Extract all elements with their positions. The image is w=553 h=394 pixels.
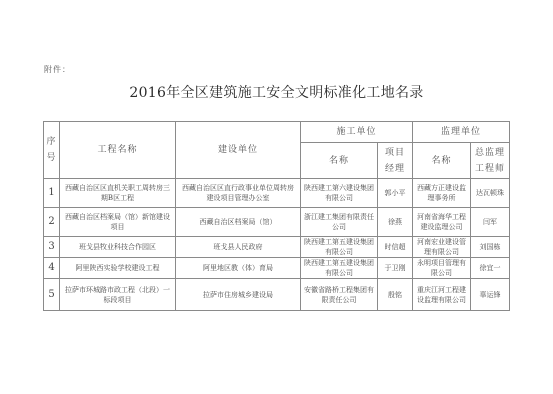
cell-project-name-text: 拉萨市环城路市政工程（北段）一标段项目 bbox=[60, 285, 175, 305]
cell-owner-text: 班戈县人民政府 bbox=[211, 242, 266, 252]
cell-project-name: 班戈县牧业科技合作园区 bbox=[60, 237, 176, 258]
header-contractor-name: 名称 bbox=[301, 143, 378, 179]
cell-owner: 阿里地区教（体）育局 bbox=[176, 258, 301, 279]
cell-supervisor-text: 西藏方正建设监理事务所 bbox=[413, 183, 470, 203]
cell-contractor-text: 陕西建工第五建设集团有限公司 bbox=[301, 237, 377, 257]
cell-seq: 4 bbox=[44, 258, 60, 279]
header-seq-line2: 号 bbox=[44, 150, 59, 166]
table-row: 4 阿里陕西实验学校建设工程 阿里地区教（体）育局 陕西建工第五建设集团有限公司… bbox=[44, 258, 510, 279]
cell-project-name: 西藏自治区区直机关职工周转房三期B区工程 bbox=[60, 179, 176, 208]
cell-chief-engineer: 刘国栋 bbox=[471, 237, 510, 258]
cell-seq: 3 bbox=[44, 237, 60, 258]
header-project-name: 工程名称 bbox=[60, 122, 176, 179]
cell-contractor-text: 陕西建工第六建设集团有限公司 bbox=[301, 183, 377, 203]
cell-owner-text: 西藏自治区区直行政事业单位周转房建设项目管理办公室 bbox=[176, 183, 300, 203]
cell-contractor: 陕西建工第五建设集团有限公司 bbox=[301, 258, 378, 279]
site-list-table: 序 号 工程名称 建设单位 施工单位 监理单位 名称 项目 经理 名称 总监理 … bbox=[43, 121, 510, 311]
cell-supervisor-text: 永明项目管理有限公司 bbox=[413, 258, 470, 278]
cell-seq: 2 bbox=[44, 208, 60, 237]
cell-owner-text: 拉萨市住房城乡建设局 bbox=[200, 290, 276, 300]
cell-contractor-text: 安徽省路桥工程集团有限责任公司 bbox=[301, 285, 377, 305]
cell-project-name: 阿里陕西实验学校建设工程 bbox=[60, 258, 176, 279]
cell-project-name: 拉萨市环城路市政工程（北段）一标段项目 bbox=[60, 279, 176, 311]
table-row: 5 拉萨市环城路市政工程（北段）一标段项目 拉萨市住房城乡建设局 安徽省路桥工程… bbox=[44, 279, 510, 311]
header-ce-line2: 工程师 bbox=[471, 161, 509, 177]
cell-owner: 西藏自治区区直行政事业单位周转房建设项目管理办公室 bbox=[176, 179, 301, 208]
header-chief-engineer: 总监理 工程师 bbox=[471, 143, 510, 179]
cell-contractor-text: 陕西建工第五建设集团有限公司 bbox=[301, 258, 377, 278]
header-seq: 序 号 bbox=[44, 122, 60, 179]
header-seq-line1: 序 bbox=[44, 134, 59, 150]
cell-supervisor: 永明项目管理有限公司 bbox=[413, 258, 471, 279]
cell-project-name-text: 西藏自治区区直机关职工周转房三期B区工程 bbox=[60, 183, 175, 203]
cell-chief-engineer: 闫军 bbox=[471, 208, 510, 237]
cell-manager: 徐燕 bbox=[378, 208, 413, 237]
cell-supervisor: 河南宏业建设管理有限公司 bbox=[413, 237, 471, 258]
table-row: 1 西藏自治区区直机关职工周转房三期B区工程 西藏自治区区直行政事业单位周转房建… bbox=[44, 179, 510, 208]
cell-contractor: 陕西建工第六建设集团有限公司 bbox=[301, 179, 378, 208]
cell-supervisor-text: 河南省海华工程建设监理公司 bbox=[413, 212, 470, 232]
cell-manager: 于卫刚 bbox=[378, 258, 413, 279]
cell-owner: 班戈县人民政府 bbox=[176, 237, 301, 258]
cell-supervisor-text: 重庆江河工程建设监理有限公司 bbox=[413, 285, 470, 305]
header-pm-line1: 项目 bbox=[378, 145, 412, 161]
header-supervisor-name: 名称 bbox=[413, 143, 471, 179]
document-title-text: 2016年全区建筑施工安全文明标准化工地名录 bbox=[129, 82, 423, 102]
cell-contractor: 浙江建工集团有限责任公司 bbox=[301, 208, 378, 237]
table-row: 2 西藏自治区档案局（馆）新馆建设项目 西藏自治区档案局（馆） 浙江建工集团有限… bbox=[44, 208, 510, 237]
cell-project-name: 西藏自治区档案局（馆）新馆建设项目 bbox=[60, 208, 176, 237]
header-project-manager: 项目 经理 bbox=[378, 143, 413, 179]
cell-contractor: 陕西建工第五建设集团有限公司 bbox=[301, 237, 378, 258]
cell-chief-engineer: 徐宜一 bbox=[471, 258, 510, 279]
header-contractor-group: 施工单位 bbox=[301, 122, 413, 143]
header-supervisor-group: 监理单位 bbox=[413, 122, 510, 143]
cell-supervisor: 河南省海华工程建设监理公司 bbox=[413, 208, 471, 237]
table-row: 3 班戈县牧业科技合作园区 班戈县人民政府 陕西建工第五建设集团有限公司 时信超… bbox=[44, 237, 510, 258]
cell-seq: 1 bbox=[44, 179, 60, 208]
cell-seq: 5 bbox=[44, 279, 60, 311]
header-owner: 建设单位 bbox=[176, 122, 301, 179]
cell-supervisor-text: 河南宏业建设管理有限公司 bbox=[413, 237, 470, 257]
attachment-label: 附件： bbox=[44, 64, 71, 75]
header-ce-line1: 总监理 bbox=[471, 145, 509, 161]
cell-owner-text: 西藏自治区档案局（馆） bbox=[197, 217, 280, 227]
cell-supervisor: 重庆江河工程建设监理有限公司 bbox=[413, 279, 471, 311]
cell-supervisor: 西藏方正建设监理事务所 bbox=[413, 179, 471, 208]
cell-owner-text: 阿里地区教（体）育局 bbox=[200, 263, 276, 273]
cell-owner: 拉萨市住房城乡建设局 bbox=[176, 279, 301, 311]
cell-contractor-text: 浙江建工集团有限责任公司 bbox=[301, 212, 377, 232]
cell-project-name-text: 班戈县牧业科技合作园区 bbox=[76, 242, 159, 252]
cell-contractor: 安徽省路桥工程集团有限责任公司 bbox=[301, 279, 378, 311]
cell-chief-engineer: 达瓦顿珠 bbox=[471, 179, 510, 208]
cell-owner: 西藏自治区档案局（馆） bbox=[176, 208, 301, 237]
cell-manager: 时信超 bbox=[378, 237, 413, 258]
cell-manager: 殷铭 bbox=[378, 279, 413, 311]
document-title: 2016年全区建筑施工安全文明标准化工地名录 bbox=[0, 82, 553, 102]
header-pm-line2: 经理 bbox=[378, 161, 412, 177]
cell-manager: 郭小平 bbox=[378, 179, 413, 208]
cell-chief-engineer: 辜运锋 bbox=[471, 279, 510, 311]
cell-project-name-text: 阿里陕西实验学校建设工程 bbox=[73, 263, 163, 273]
cell-project-name-text: 西藏自治区档案局（馆）新馆建设项目 bbox=[60, 212, 175, 232]
